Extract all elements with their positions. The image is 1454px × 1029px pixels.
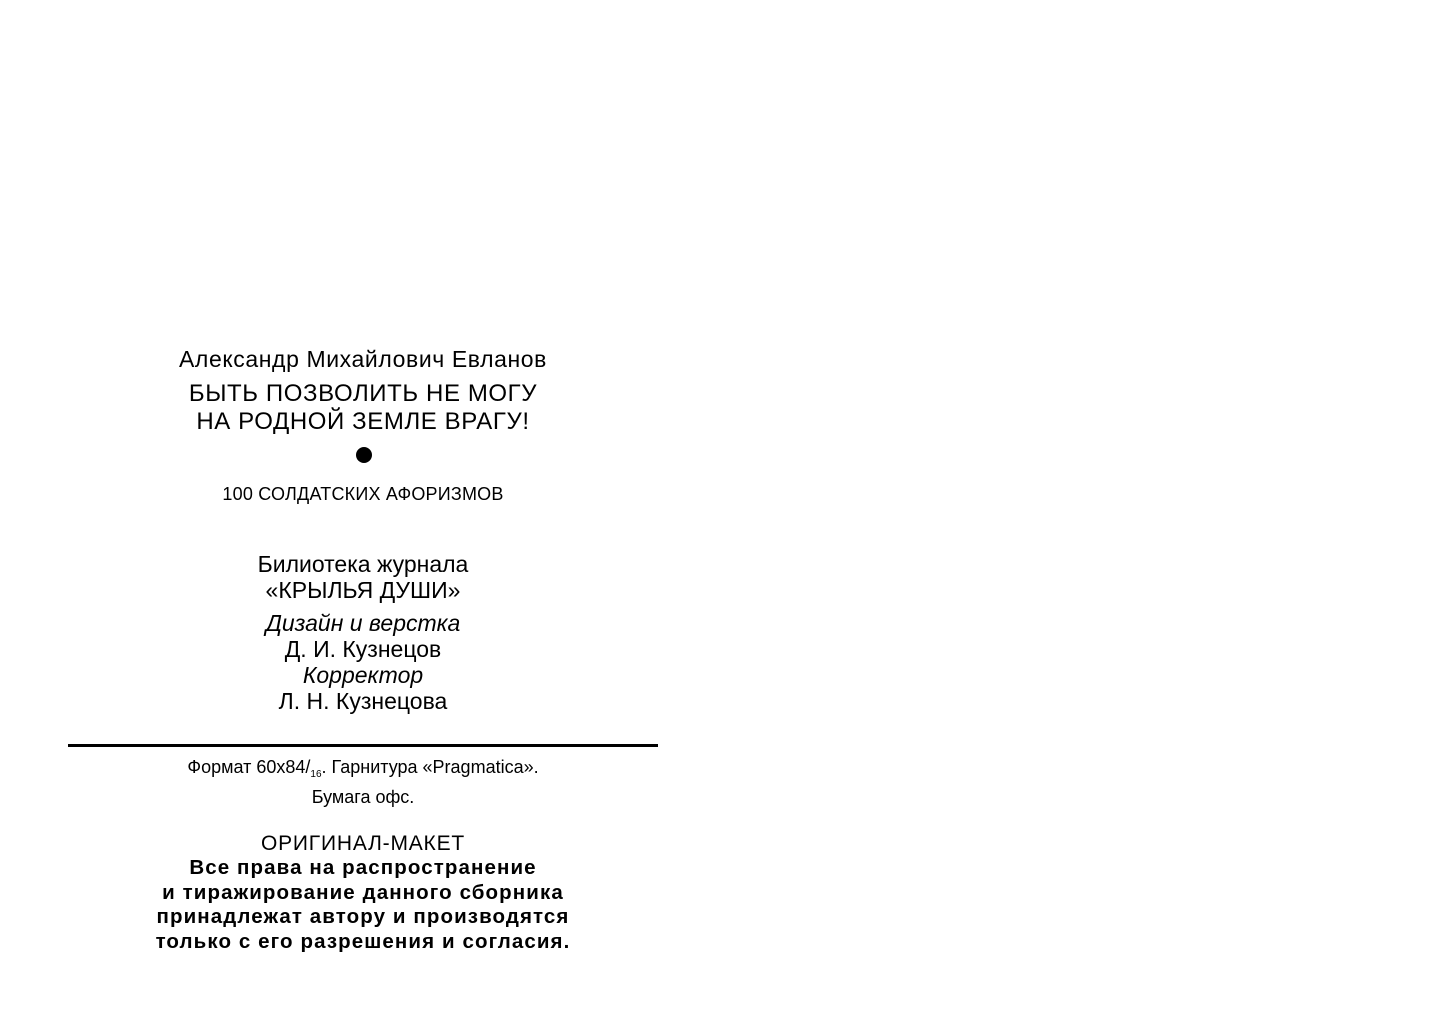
format-line: Формат 60x84/16. Гарнитура «Pragmatica». bbox=[68, 756, 658, 786]
library-line-1: Билиотека журнала bbox=[68, 551, 658, 577]
subtitle-text: 100 СОЛДАТСКИХ АФОРИЗМОВ bbox=[68, 483, 658, 505]
rights-line-4: только с его разрешения и согласия. bbox=[68, 930, 658, 955]
credit-role-design: Дизайн и верстка bbox=[68, 610, 658, 636]
book-author: Александр Михайлович Евланов bbox=[68, 344, 658, 374]
rights-line-3: принадлежат автору и производятся bbox=[68, 905, 658, 930]
rights-line-1: Все права на распространение bbox=[68, 856, 658, 881]
bullet-dot-icon bbox=[356, 447, 372, 463]
credit-name-design: Д. И. Кузнецов bbox=[68, 636, 658, 662]
format-suffix: . Гарнитура «Pragmatica». bbox=[322, 757, 539, 777]
credit-name-proofreader: Л. Н. Кузнецова bbox=[68, 688, 658, 714]
horizontal-rule bbox=[68, 744, 658, 747]
title-line-2: НА РОДНОЙ ЗЕМЛЕ ВРАГУ! bbox=[68, 408, 658, 436]
rights-line-2: и тиражирование данного сборника bbox=[68, 881, 658, 906]
credit-role-proofreader: Корректор bbox=[68, 662, 658, 688]
credits: Дизайн и верстка Д. И. Кузнецов Корректо… bbox=[68, 610, 658, 714]
original-layout-label: ОРИГИНАЛ-МАКЕТ bbox=[68, 831, 658, 857]
title-line-1: БЫТЬ ПОЗВОЛИТЬ НЕ МОГУ bbox=[68, 380, 658, 408]
library-series: Билиотека журнала «КРЫЛЬЯ ДУШИ» bbox=[68, 551, 658, 603]
book-title: БЫТЬ ПОЗВОЛИТЬ НЕ МОГУ НА РОДНОЙ ЗЕМЛЕ В… bbox=[68, 380, 658, 436]
format-fraction: 16 bbox=[310, 769, 321, 780]
library-line-2: «КРЫЛЬЯ ДУШИ» bbox=[68, 577, 658, 603]
format-info: Формат 60x84/16. Гарнитура «Pragmatica».… bbox=[68, 756, 658, 808]
format-prefix: Формат 60x84/ bbox=[187, 757, 310, 777]
original-layout-text: ОРИГИНАЛ-МАКЕТ bbox=[68, 831, 658, 857]
book-subtitle: 100 СОЛДАТСКИХ АФОРИЗМОВ bbox=[68, 483, 658, 505]
paper-type: Бумага офс. bbox=[68, 786, 658, 808]
rights-notice: Все права на распространение и тиражиров… bbox=[68, 856, 658, 954]
author-name: Александр Михайлович Евланов bbox=[68, 344, 658, 374]
